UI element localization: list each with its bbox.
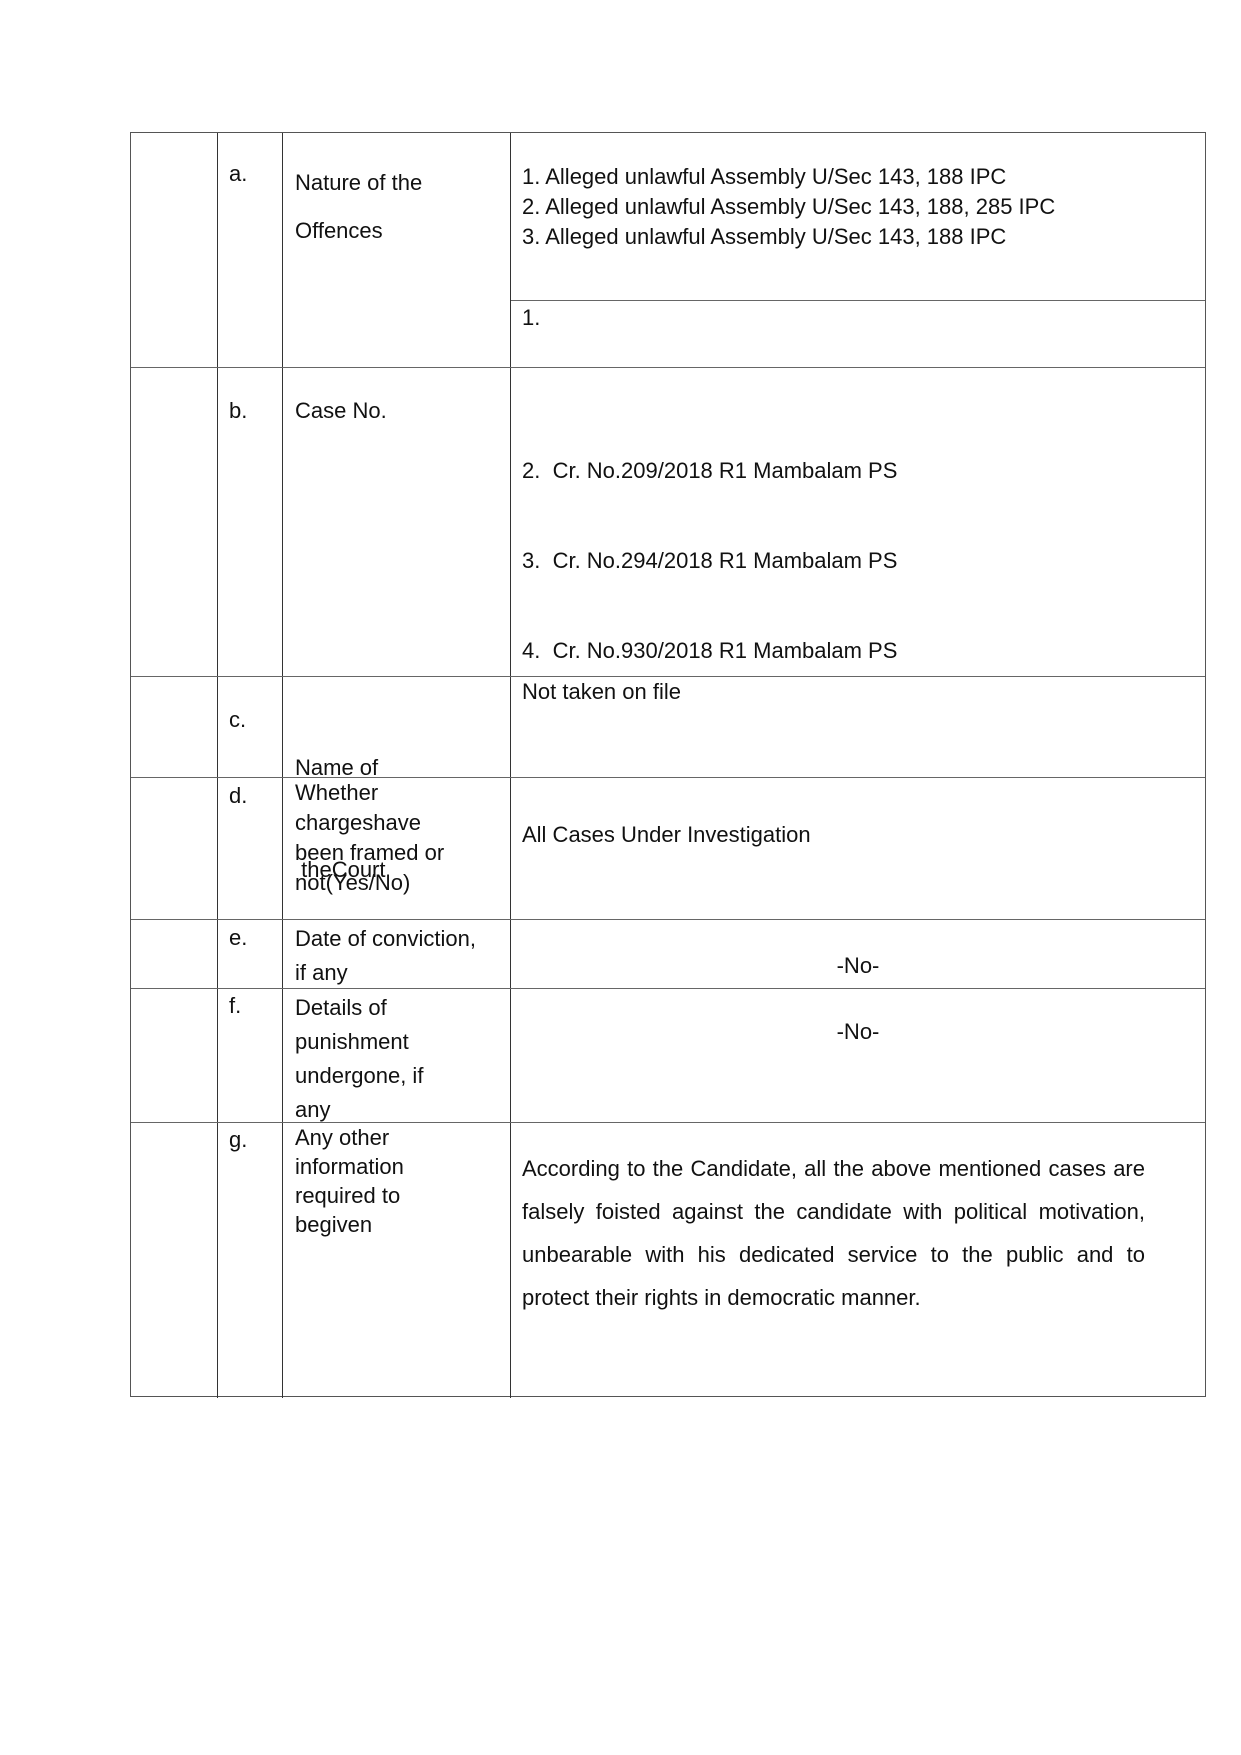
row-letter-cell: f. xyxy=(218,989,283,1122)
blank-cell xyxy=(131,368,218,676)
table-row-b: b. Case No. 2. Cr. No.209/2018 R1 Mambal… xyxy=(131,368,1205,677)
list-item: 3. Alleged unlawful Assembly U/Sec 143, … xyxy=(522,222,1145,252)
table-row-c: c. Name of theCourt Not taken on file xyxy=(131,677,1205,778)
affidavit-criminal-cases-table: a. Nature of the Offences 1. Alleged unl… xyxy=(130,132,1206,1397)
row-letter: a. xyxy=(229,159,247,189)
row-value-cell: 2. Cr. No.209/2018 R1 Mambalam PS 3. Cr.… xyxy=(511,368,1205,676)
row-letter: d. xyxy=(229,781,247,811)
row-letter-cell: c. xyxy=(218,677,283,777)
row-letter-cell: a. xyxy=(218,133,283,367)
charges-framed-value: All Cases Under Investigation xyxy=(522,820,1145,850)
row-value-cell: -No- xyxy=(511,989,1205,1122)
row-value-cell: 1. Alleged unlawful Assembly U/Sec 143, … xyxy=(511,133,1205,367)
blank-cell xyxy=(131,778,218,919)
row-letter-cell: e. xyxy=(218,920,283,988)
inner-divider xyxy=(511,300,1205,301)
row-letter-cell: g. xyxy=(218,1123,283,1398)
row-label-cell: Case No. xyxy=(283,368,511,676)
other-information-value: According to the Candidate, all the abov… xyxy=(522,1147,1145,1319)
table-row-f: f. Details of punishment undergone, if a… xyxy=(131,989,1205,1123)
row-label-cell: Date of conviction, if any xyxy=(283,920,511,988)
blank-cell xyxy=(131,133,218,367)
row-label-cell: Whether chargeshave been framed or not(Y… xyxy=(283,778,511,919)
row-letter-cell: b. xyxy=(218,368,283,676)
row-label: Nature of the Offences xyxy=(295,159,505,255)
row-label: Whether chargeshave been framed or not(Y… xyxy=(295,778,505,898)
sub-value: 1. xyxy=(522,303,1145,333)
row-letter: g. xyxy=(229,1125,247,1155)
punishment-details-value: -No- xyxy=(511,1017,1205,1047)
court-name-value: Not taken on file xyxy=(522,677,1145,707)
row-label: Date of conviction, if any xyxy=(295,922,505,990)
row-label-cell: Any other information required to begive… xyxy=(283,1123,511,1398)
row-label-cell: Details of punishment undergone, if any xyxy=(283,989,511,1122)
row-label: Any other information required to begive… xyxy=(295,1123,505,1239)
table-row-d: d. Whether chargeshave been framed or no… xyxy=(131,778,1205,920)
table-row-g: g. Any other information required to beg… xyxy=(131,1123,1205,1398)
blank-cell xyxy=(131,677,218,777)
conviction-date-value: -No- xyxy=(511,951,1205,981)
row-letter: c. xyxy=(229,705,246,735)
row-letter: b. xyxy=(229,396,247,426)
table-row-a: a. Nature of the Offences 1. Alleged unl… xyxy=(131,133,1205,368)
offences-list: 1. Alleged unlawful Assembly U/Sec 143, … xyxy=(522,162,1145,252)
row-label-cell: Nature of the Offences xyxy=(283,133,511,367)
row-letter-cell: d. xyxy=(218,778,283,919)
blank-cell xyxy=(131,1123,218,1398)
list-item: 2. Alleged unlawful Assembly U/Sec 143, … xyxy=(522,192,1145,222)
row-letter: e. xyxy=(229,923,247,953)
row-value-cell: -No- xyxy=(511,920,1205,988)
blank-cell xyxy=(131,920,218,988)
blank-cell xyxy=(131,989,218,1122)
row-label: Case No. xyxy=(295,396,505,426)
row-letter: f. xyxy=(229,991,241,1021)
row-label-cell: Name of theCourt xyxy=(283,677,511,777)
list-item: 3. Cr. No.294/2018 R1 Mambalam PS xyxy=(522,546,1145,576)
table-row-e: e. Date of conviction, if any -No- xyxy=(131,920,1205,989)
list-item: 2. Cr. No.209/2018 R1 Mambalam PS xyxy=(522,456,1145,486)
list-item: 1. Alleged unlawful Assembly U/Sec 143, … xyxy=(522,162,1145,192)
row-value-cell: Not taken on file xyxy=(511,677,1205,777)
list-item: 4. Cr. No.930/2018 R1 Mambalam PS xyxy=(522,636,1145,666)
row-label: Details of punishment undergone, if any xyxy=(295,991,505,1127)
row-value-cell: All Cases Under Investigation xyxy=(511,778,1205,919)
row-value-cell: According to the Candidate, all the abov… xyxy=(511,1123,1205,1398)
